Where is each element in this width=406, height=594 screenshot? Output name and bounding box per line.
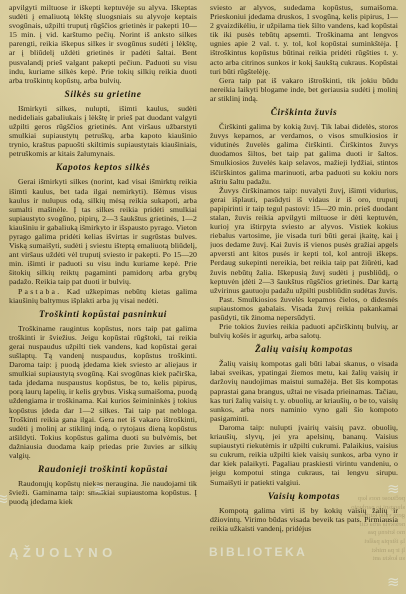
recipe-heading-raudonieji-troskinti-kopustai: Raudonieji troškinti kopūstai <box>9 465 197 475</box>
paragraph: Prie tokios žuvies reikia paduoti apčirš… <box>210 322 398 340</box>
paragraph-continuation: sviesto ar alyvos, sudedama kopūstus, su… <box>210 3 398 76</box>
recipe-heading-vaisiu-kompotas: Vaisių kompotas <box>210 492 398 502</box>
paragraph: Žalių vaisių kompotas gali būti labai sk… <box>210 359 398 423</box>
recipe-heading-silkes-su-grietine: Silkės su grietine <box>9 90 197 100</box>
recipe-heading-zaliu-vaisiu-kompotas: Žalių vaisių kompotas <box>210 345 398 355</box>
paragraph: Raudonųjų kopūstų niekas neraugina. Jie … <box>9 479 197 506</box>
paragraph-note: Past. Smulkiosios žuvelės kepamos čielos… <box>210 295 398 322</box>
left-column: apvilgyti miltuose ir iškepti keptuvėje … <box>9 3 197 594</box>
recipe-heading-kapotos-keptos-silkes: Kapotos keptos silkės <box>9 163 197 173</box>
paragraph: Gerai išmirkyti silkes (norint, kad visa… <box>9 177 197 286</box>
recipe-heading-troskinti-kopustai-pasninkui: Troškinti kopūstai pasninkui <box>9 310 197 320</box>
paragraph: Kompotą galima virti iš by kokių vaisių … <box>210 506 398 533</box>
paragraph: Žuvys čirškinamos taip: nuvalyti žuvį, i… <box>210 186 398 295</box>
recipe-heading-cirskinta-zuvis: Čirškinta žuvis <box>210 108 398 118</box>
text-columns: apvilgyti miltuose ir iškepti keptuvėje … <box>0 0 406 594</box>
paragraph-note: Pastaba. Kad užkepimas nebūtų kietas gal… <box>9 287 197 305</box>
paragraph: Daroma taip: nulupti įvairių vaisių pavz… <box>210 423 398 487</box>
right-column: sviesto ar alyvos, sudedama kopūstus, su… <box>210 3 398 594</box>
paragraph: Gera taip pat iš vakaro ištroškinti, tik… <box>210 76 398 103</box>
paragraph: Išmirkyti silkes, nulupti, išimti kaulus… <box>9 104 197 159</box>
paragraph: Čirškinti galima by kokią žuvį. Tik laba… <box>210 122 398 186</box>
paragraph: Troškiname raugintus kopūstus, nors taip… <box>9 324 197 460</box>
paragraph-continuation: apvilgyti miltuose ir iškepti keptuvėje … <box>9 3 197 85</box>
scanned-cookbook-page: apvilgyti miltuose ir iškepti keptuvėje … <box>0 0 406 594</box>
note-lead: Pastaba. <box>18 287 61 296</box>
